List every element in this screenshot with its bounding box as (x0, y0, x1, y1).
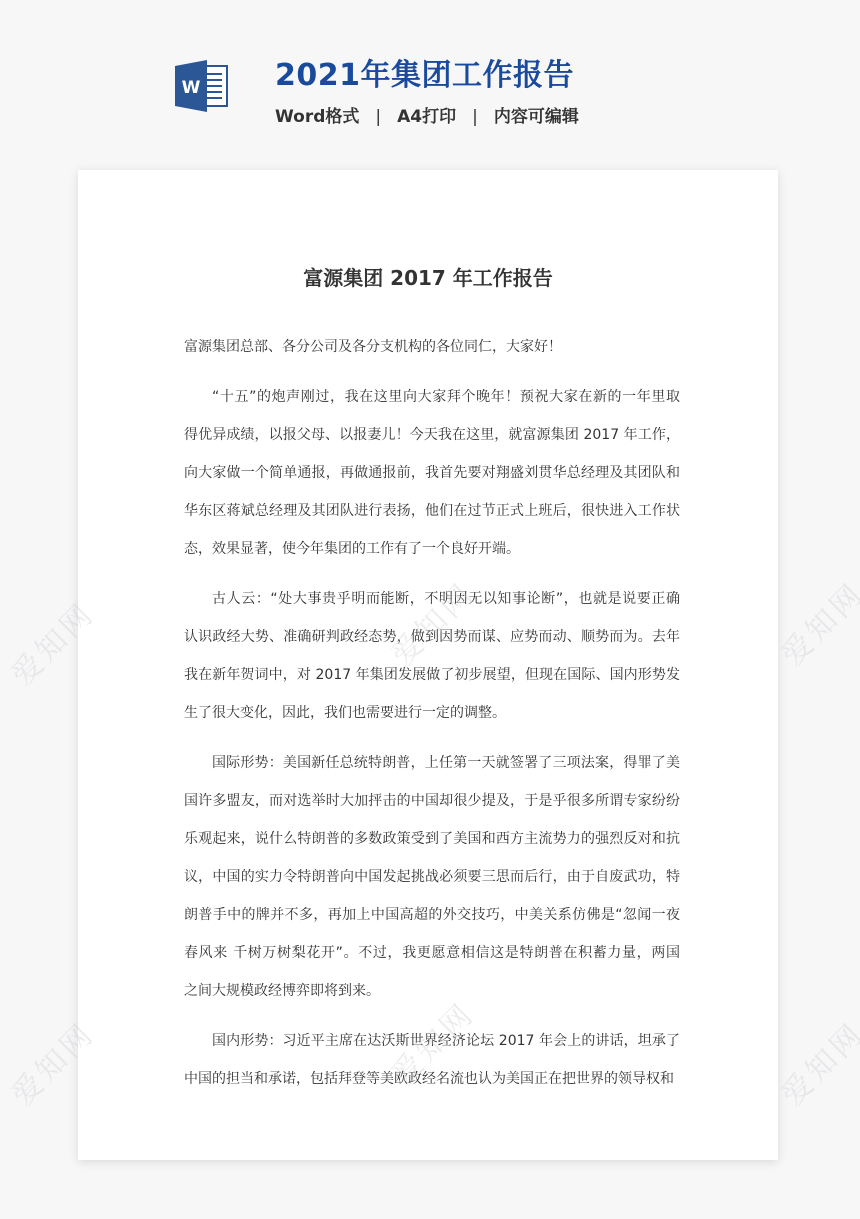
document-page: 富源集团 2017 年工作报告 富源集团总部、各分公司及各分支机构的各位同仁，大… (78, 170, 778, 1160)
svg-text:W: W (182, 78, 201, 98)
watermark-text: 爱知网 (769, 570, 860, 673)
document-body: 富源集团总部、各分公司及各分支机构的各位同仁，大家好！“十五”的炮声刚过，我在这… (184, 336, 680, 1106)
text-line: 得优异成绩，以报父母、以报妻儿！今天我在这里，就富源集团 2017 年工作， (184, 424, 680, 462)
text-line: 我在新年贺词中，对 2017 年集团发展做了初步展望，但现在国际、国内形势发 (184, 664, 680, 702)
text-line: 国内形势：习近平主席在达沃斯世界经济论坛 2017 年会上的讲话，坦承了 (184, 1030, 680, 1068)
text-line: 乐观起来，说什么特朗普的多数政策受到了美国和西方主流势力的强烈反对和抗 (184, 828, 680, 866)
document-title: 富源集团 2017 年工作报告 (78, 262, 778, 291)
text-line: 议，中国的实力令特朗普向中国发起挑战必须要三思而后行，由于自废武功，特 (184, 866, 680, 904)
page-header: W 2021年集团工作报告 Word格式|A4打印|内容可编辑 (0, 0, 860, 160)
paragraph-gap (184, 1018, 680, 1030)
text-line: 古人云：“处大事贵乎明而能断，不明因无以知事论断”，也就是说要正确 (184, 588, 680, 626)
text-line: 之间大规模政经博弈即将到来。 (184, 980, 680, 1018)
separator: | (375, 107, 381, 127)
header-title: 2021年集团工作报告 (275, 50, 574, 94)
text-line: 春风来 千树万树梨花开”。不过，我更愿意相信这是特朗普在积蓄力量，两国 (184, 942, 680, 980)
paragraph: 国内形势：习近平主席在达沃斯世界经济论坛 2017 年会上的讲话，坦承了中国的担… (184, 1030, 680, 1106)
feature-editable: 内容可编辑 (494, 107, 579, 127)
paragraph: 国际形势：美国新任总统特朗普，上任第一天就签署了三项法案，得罪了美国许多盟友，而… (184, 752, 680, 1018)
text-line: 态，效果显著，使今年集团的工作有了一个良好开端。 (184, 538, 680, 576)
watermark-text: 爱知网 (769, 1010, 860, 1113)
paragraph-gap (184, 374, 680, 386)
paragraph: “十五”的炮声刚过，我在这里向大家拜个晚年！预祝大家在新的一年里取得优异成绩，以… (184, 386, 680, 576)
text-line: 国许多盟友，而对选举时大加抨击的中国却很少提及，于是乎很多所谓专家纷纷 (184, 790, 680, 828)
text-line: 国际形势：美国新任总统特朗普，上任第一天就签署了三项法案，得罪了美 (184, 752, 680, 790)
text-line: 富源集团总部、各分公司及各分支机构的各位同仁，大家好！ (184, 336, 680, 374)
text-line: 向大家做一个简单通报，再做通报前，我首先要对翔盛刘贯华总经理及其团队和 (184, 462, 680, 500)
feature-a4-print: A4打印 (397, 107, 456, 127)
feature-list: Word格式|A4打印|内容可编辑 (275, 102, 579, 127)
text-line: 生了很大变化，因此，我们也需要进行一定的调整。 (184, 702, 680, 740)
text-line: “十五”的炮声刚过，我在这里向大家拜个晚年！预祝大家在新的一年里取 (184, 386, 680, 424)
paragraph: 富源集团总部、各分公司及各分支机构的各位同仁，大家好！ (184, 336, 680, 374)
text-line: 中国的担当和承诺，包括拜登等美欧政经名流也认为美国正在把世界的领导权和 (184, 1068, 680, 1106)
paragraph-gap (184, 740, 680, 752)
paragraph-gap (184, 576, 680, 588)
paragraph: 古人云：“处大事贵乎明而能断，不明因无以知事论断”，也就是说要正确认识政经大势、… (184, 588, 680, 740)
text-line: 朗普手中的牌并不多，再加上中国高超的外交技巧，中美关系仿佛是“忽闻一夜 (184, 904, 680, 942)
text-line: 华东区蒋斌总经理及其团队进行表扬，他们在过节正式上班后，很快进入工作状 (184, 500, 680, 538)
separator: | (472, 107, 478, 127)
text-line: 认识政经大势、准确研判政经态势，做到因势而谋、应势而动、顺势而为。去年 (184, 626, 680, 664)
word-document-icon: W (175, 60, 229, 112)
feature-word-format: Word格式 (275, 107, 359, 127)
